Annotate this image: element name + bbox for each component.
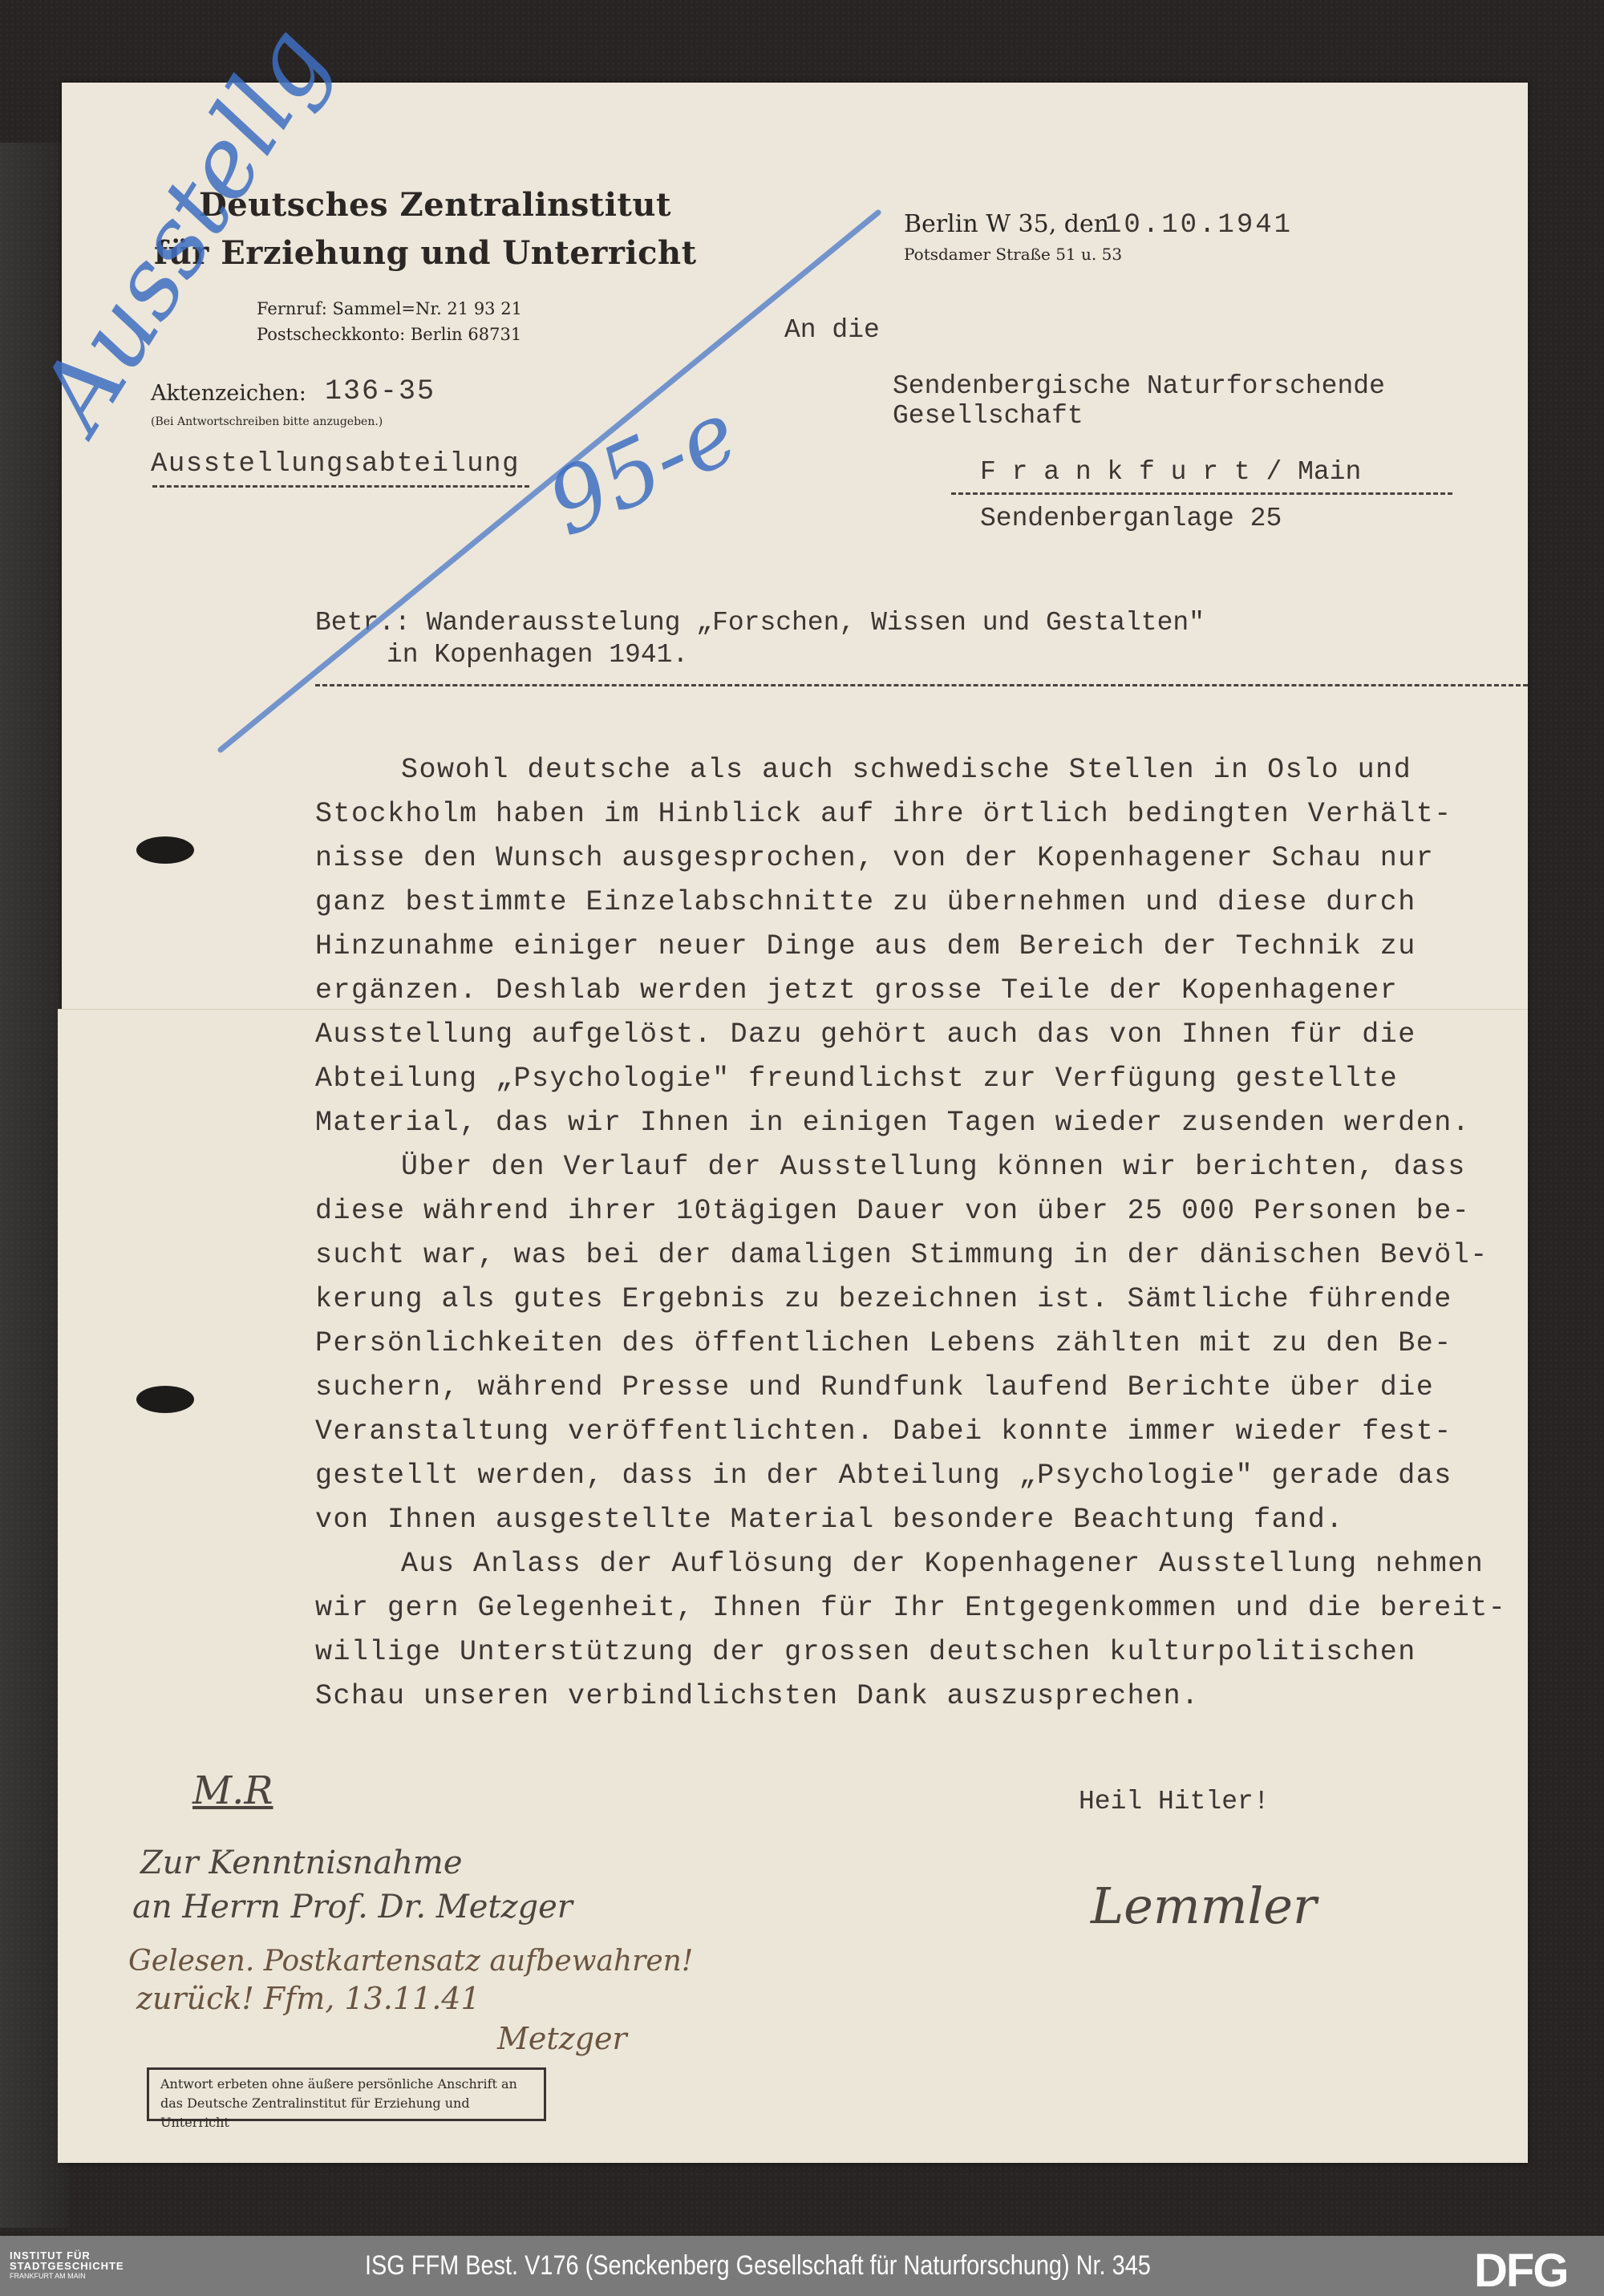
institute-line3: FRANKFURT AM MAIN — [10, 2271, 124, 2282]
handwritten-note-line2: an Herrn Prof. Dr. Metzger — [132, 1889, 573, 1925]
archive-footer: INSTITUT FÜR STADTGESCHICHTE FRANKFURT A… — [0, 2236, 1604, 2296]
handwritten-initials: M.R — [192, 1768, 273, 1813]
handwritten-note-line1: Zur Kenntnisnahme — [140, 1844, 463, 1881]
handwritten-note-line4: zurück! Ffm, 13.11.41 — [136, 1981, 480, 2016]
reply-instruction-stamp: Antwort erbeten ohne äußere persönliche … — [147, 2067, 546, 2121]
handwritten-note-signature: Metzger — [497, 2021, 627, 2056]
institute-line2: STADTGESCHICHTE — [10, 2261, 124, 2271]
dfg-logo-icon: DFG — [1474, 2244, 1567, 2296]
handwritten-note-line3: Gelesen. Postkartensatz aufbewahren! — [128, 1945, 693, 1978]
archive-reference: ISG FFM Best. V176 (Senckenberg Gesellsc… — [365, 2250, 1151, 2282]
stamp-line1: Antwort erbeten ohne äußere persönliche … — [160, 2075, 533, 2094]
stamp-line2: das Deutsche Zentralinstitut für Erziehu… — [160, 2094, 533, 2132]
institute-logo: INSTITUT FÜR STADTGESCHICHTE FRANKFURT A… — [10, 2250, 124, 2282]
